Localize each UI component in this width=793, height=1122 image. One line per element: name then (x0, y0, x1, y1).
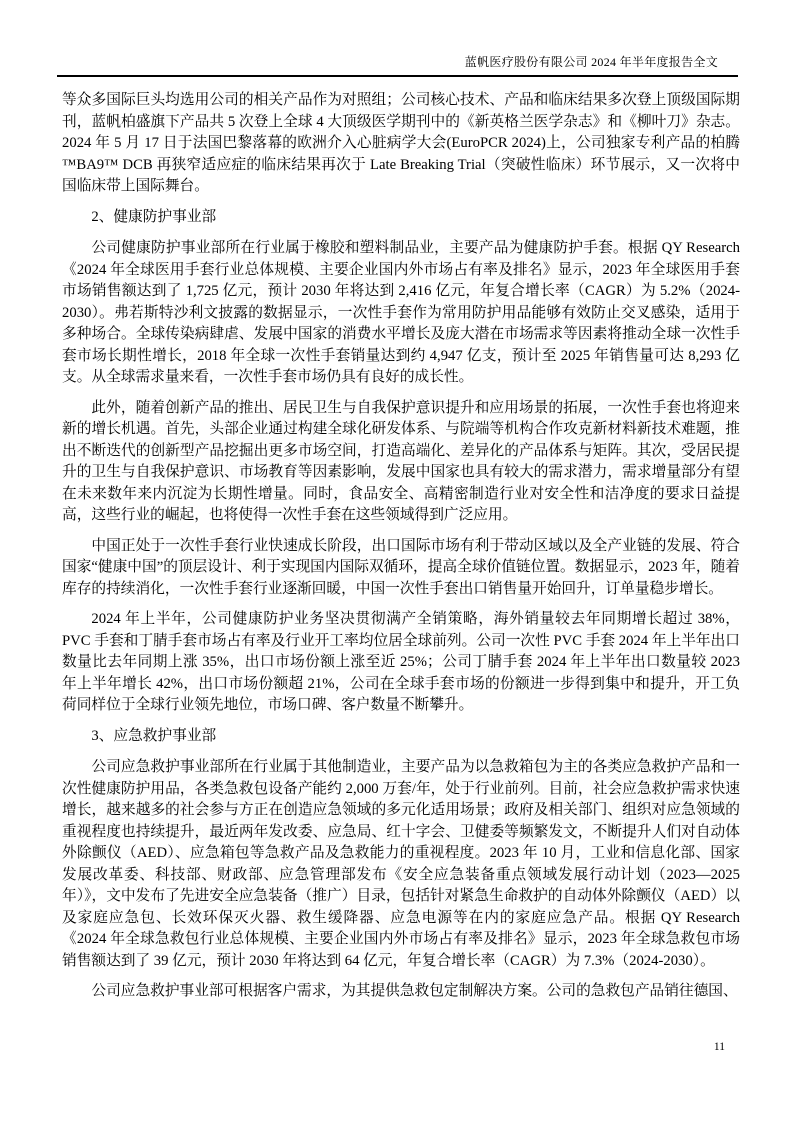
paragraph: 2024 年上半年，公司健康防护业务坚决贯彻满产全销策略，海外销量较去年同期增长… (62, 609, 740, 717)
section-heading-emergency-rescue: 3、应急救护事业部 (62, 726, 740, 748)
paragraph: 公司健康防护事业部所在行业属于橡胶和塑料制品业，主要产品为健康防护手套。根据 Q… (62, 238, 740, 389)
report-header: 蓝帆医疗股份有限公司 2024 年半年度报告全文 (57, 54, 738, 77)
paragraph: 公司应急救护事业部所在行业属于其他制造业，主要产品为以急救箱包为主的各类应急救护… (62, 757, 740, 972)
paragraph: 此外，随着创新产品的推出、居民卫生与自我保护意识提升和应用场景的拓展，一次性手套… (62, 398, 740, 527)
paragraph: 公司应急救护事业部可根据客户需求，为其提供急救包定制解决方案。公司的急救包产品销… (62, 981, 740, 1003)
page-number: 11 (714, 1040, 725, 1054)
paragraph: 中国正处于一次性手套行业快速成长阶段，出口国际市场有利于带动区域以及全产业链的发… (62, 536, 740, 601)
section-heading-health-protection: 2、健康防护事业部 (62, 207, 740, 229)
report-page: 蓝帆医疗股份有限公司 2024 年半年度报告全文 等众多国际巨头均选用公司的相关… (0, 0, 793, 1122)
report-body: 等众多国际巨头均选用公司的相关产品作为对照组；公司核心技术、产品和临床结果多次登… (62, 90, 740, 1012)
paragraph-continuation: 等众多国际巨头均选用公司的相关产品作为对照组；公司核心技术、产品和临床结果多次登… (62, 90, 740, 198)
